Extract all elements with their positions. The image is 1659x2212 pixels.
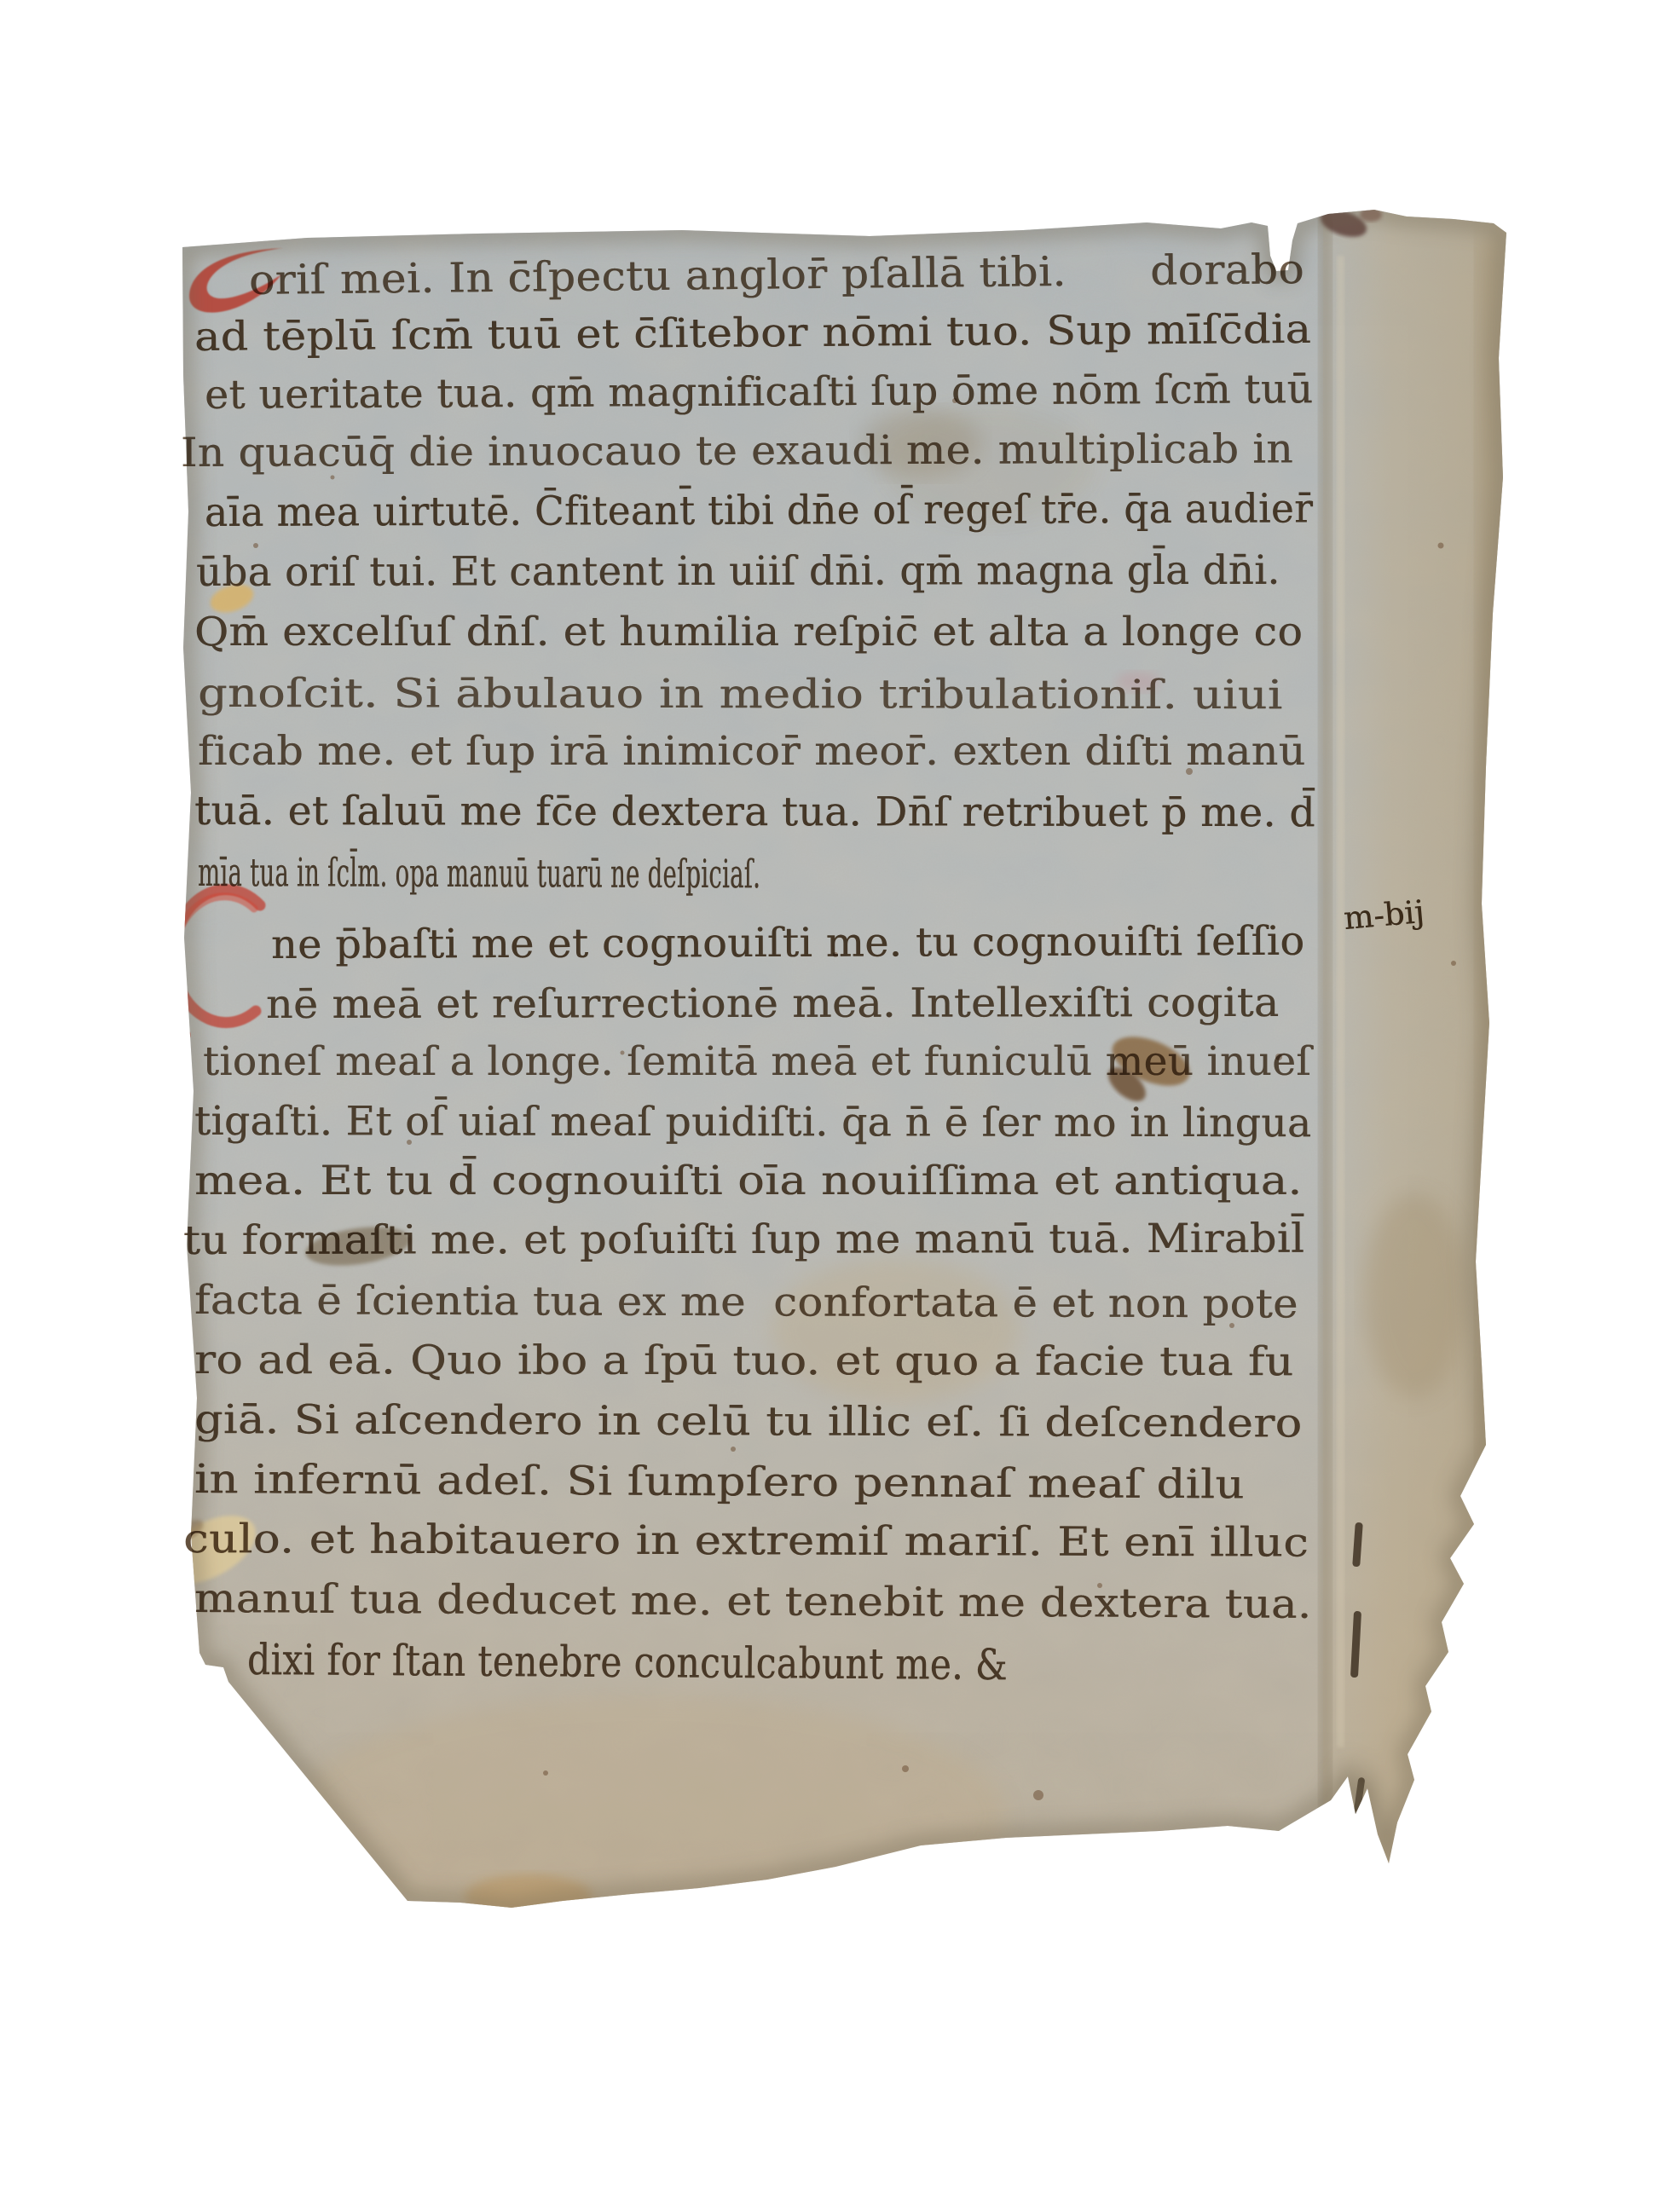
rubric-small-mark [177,1011,189,1035]
manuscript-photo: m-bij oriſ mei. In c̄ſpectu anglor̄ pſal… [0,0,1659,2212]
stain [290,1696,1006,1935]
parchment-sheet [0,0,1659,2212]
stain [772,1257,1019,1402]
stain [1364,1193,1466,1398]
stain [861,409,980,477]
fold-crease [1319,213,1332,1833]
stain [1116,672,1160,692]
